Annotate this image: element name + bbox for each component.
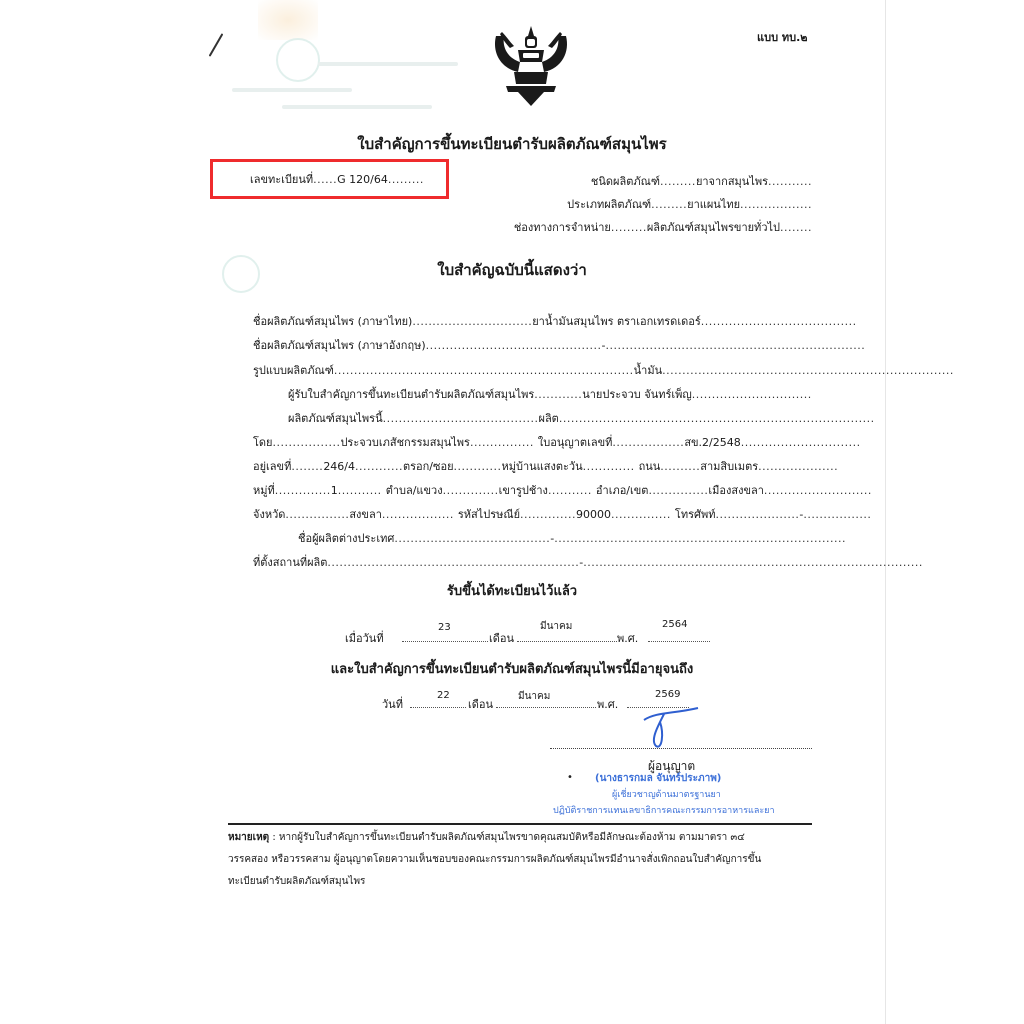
address-row-3: จังหวัด................สงขลา............…: [253, 505, 871, 523]
product-type-row: ประเภทผลิตภัณฑ์.........ยาแผนไทย........…: [567, 195, 812, 213]
note-line-3: ทะเบียนตำรับผลิตภัณฑ์สมุนไพร: [228, 874, 365, 889]
faint-text-watermark: [282, 105, 432, 109]
valid-day: 22: [437, 690, 450, 701]
address-row-1: อยู่เลขที่........246/4............ตรอก/…: [253, 457, 838, 475]
received-month-label: เดือน: [489, 629, 514, 647]
registration-number: เลขทะเบียนที่......G 120/64.........: [250, 170, 424, 188]
bullet-dot: •: [567, 772, 573, 783]
holder-row: ผู้รับใบสำคัญการขึ้นทะเบียนตำรับผลิตภัณฑ…: [288, 385, 812, 403]
document-title: ใบสำคัญการขึ้นทะเบียนตำรับผลิตภัณฑ์สมุนไ…: [0, 132, 1024, 156]
note-line-2: วรรคสอง หรือวรรคสาม ผู้อนุญาตโดยความเห็น…: [228, 852, 761, 867]
sales-channel-row: ช่องทางการจำหน่าย.........ผลิตภัณฑ์สมุนไ…: [514, 218, 812, 236]
name-en-row: ชื่อผลิตภัณฑ์สมุนไพร (ภาษาอังกฤษ).......…: [253, 336, 865, 354]
note-label: หมายเหตุ: [228, 832, 269, 843]
valid-until-title: และใบสำคัญการขึ้นทะเบียนตำรับผลิตภัณฑ์สม…: [0, 658, 1024, 679]
faint-text-watermark: [318, 62, 458, 66]
product-kind-row: ชนิดผลิตภัณฑ์.........ยาจากสมุนไพร......…: [591, 172, 812, 190]
signature-line: [550, 748, 812, 749]
received-year-line: [648, 641, 710, 642]
received-title: รับขึ้นได้ทะเบียนไว้แล้ว: [0, 580, 1024, 601]
address-row-2: หมู่ที่..............1........... ตำบล/แ…: [253, 481, 872, 499]
received-year: 2564: [662, 619, 687, 630]
received-month: มีนาคม: [540, 619, 572, 634]
garuda-emblem-icon: [488, 22, 574, 108]
form-code: แบบ ทบ.๒: [757, 28, 808, 46]
received-year-label: พ.ศ.: [617, 629, 638, 647]
valid-year-label: พ.ศ.: [597, 695, 618, 713]
product-this-row: ผลิตภัณฑ์สมุนไพรนี้.....................…: [288, 409, 875, 427]
received-day-line: [402, 641, 488, 642]
received-day: 23: [438, 622, 451, 633]
registration-value: G 120/64: [337, 173, 388, 186]
valid-day-line: [410, 707, 466, 708]
registration-label: เลขทะเบียนที่: [250, 173, 313, 186]
received-day-label: เมื่อวันที่: [345, 629, 384, 647]
by-row: โดย.................ประจวบเภสัชกรรมสมุนไ…: [253, 433, 861, 451]
site-row: ที่ตั้งสถานที่ผลิต......................…: [253, 553, 923, 571]
faint-seal-watermark: [276, 38, 320, 82]
received-month-line: [517, 641, 617, 642]
valid-month-line: [496, 707, 596, 708]
signer-acting: ปฏิบัติราชการแทนเลขาธิการคณะกรรมการอาหาร…: [553, 803, 775, 817]
note-line-1: หมายเหตุ : หากผู้รับใบสำคัญการขึ้นทะเบีย…: [228, 830, 745, 845]
valid-month: มีนาคม: [518, 689, 550, 704]
valid-year: 2569: [655, 689, 680, 700]
shows-title: ใบสำคัญฉบับนี้แสดงว่า: [0, 258, 1024, 282]
signer-position: ผู้เชี่ยวชาญด้านมาตรฐานยา: [612, 787, 721, 801]
signer-name: (นางธารกมล จันทร์ประภาพ): [595, 771, 721, 786]
foreign-maker-row: ชื่อผู้ผลิตต่างประเทศ...................…: [298, 529, 846, 547]
handwritten-signature: [636, 704, 706, 750]
form-row: รูปแบบผลิตภัณฑ์.........................…: [253, 361, 954, 379]
pen-mark: [209, 33, 224, 57]
valid-month-label: เดือน: [468, 695, 493, 713]
scan-stain: [258, 0, 318, 40]
faint-text-watermark: [232, 88, 352, 92]
name-th-row: ชื่อผลิตภัณฑ์สมุนไพร (ภาษาไทย)..........…: [253, 312, 857, 330]
valid-day-label: วันที่: [382, 695, 403, 713]
note-divider: [228, 823, 812, 825]
